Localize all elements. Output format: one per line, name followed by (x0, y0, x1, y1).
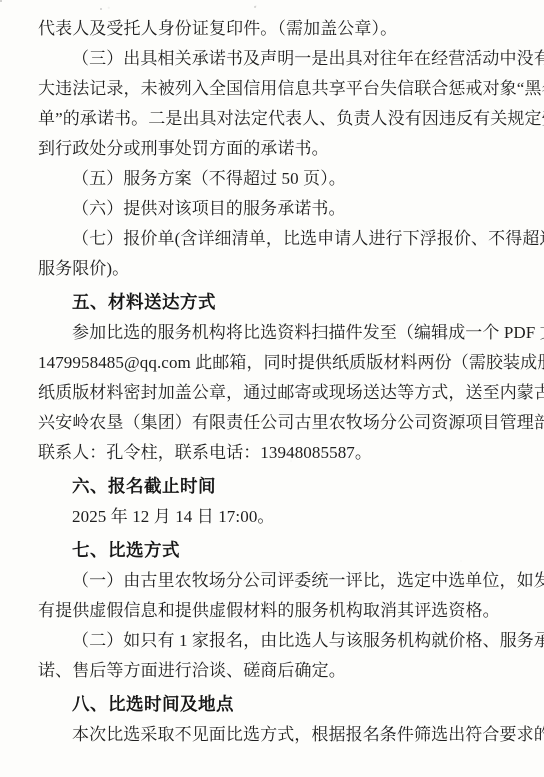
text-line: 参加比选的服务机构将比选资料扫描件发至（编辑成一个 PDF 文件） (38, 318, 516, 348)
text-line: 本次比选采取不见面比选方式，根据报名条件筛选出符合要求的报 (38, 720, 516, 750)
text-line: 2025 年 12 月 14 日 17:00。 (38, 502, 516, 532)
text-line: 到行政处分或刑事处罚方面的承诺书。 (38, 134, 516, 164)
text-line: 大违法记录，未被列入全国信用信息共享平台失信联合惩戒对象“黑名 (38, 74, 516, 104)
document-text-lines: 代表人及受托人身份证复印件。（需加盖公章）。（三）出具相关承诺书及声明一是出具对… (38, 14, 516, 750)
text-line: （六）提供对该项目的服务承诺书。 (38, 194, 516, 224)
section-heading: 五、材料送达方式 (38, 288, 516, 318)
scanned-document-page: 代表人及受托人身份证复印件。（需加盖公章）。（三）出具相关承诺书及声明一是出具对… (0, 0, 544, 777)
text-line: 联系人：孔令柱，联系电话：13948085587。 (38, 438, 516, 468)
text-line: （七）报价单(含详细清单，比选申请人进行下浮报价、不得超过 (38, 224, 516, 254)
text-line: 诺、售后等方面进行洽谈、磋商后确定。 (38, 656, 516, 686)
text-line: 有提供虚假信息和提供虚假材料的服务机构取消其评选资格。 (38, 596, 516, 626)
text-line: （二）如只有 1 家报名，由比选人与该服务机构就价格、服务承 (38, 626, 516, 656)
text-line: 服务限价)。 (38, 254, 516, 284)
scan-speckles (0, 0, 2, 2)
section-heading: 八、比选时间及地点 (38, 690, 516, 720)
section-heading: 六、报名截止时间 (38, 472, 516, 502)
text-line: （五）服务方案（不得超过 50 页）。 (38, 164, 516, 194)
text-line: 单”的承诺书。二是出具对法定代表人、负责人没有因违反有关规定受 (38, 104, 516, 134)
text-line: （三）出具相关承诺书及声明一是出具对往年在经营活动中没有重 (38, 44, 516, 74)
text-line: 1479958485@qq.com 此邮箱，同时提供纸质版材料两份（需胶装成册） (38, 348, 516, 378)
text-line: 兴安岭农垦（集团）有限责任公司古里农牧场分公司资源项目管理部， (38, 408, 516, 438)
text-line: 代表人及受托人身份证复印件。（需加盖公章）。 (38, 14, 516, 44)
section-heading: 七、比选方式 (38, 536, 516, 566)
text-line: （一）由古里农牧场分公司评委统一评比，选定中选单位，如发现 (38, 566, 516, 596)
text-line: 纸质版材料密封加盖公章，通过邮寄或现场送达等方式，送至内蒙古大 (38, 378, 516, 408)
